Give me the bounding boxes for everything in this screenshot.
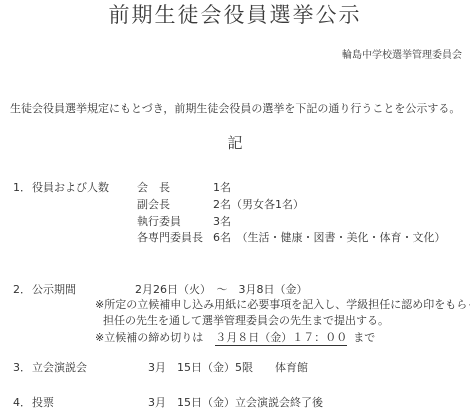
officer-count: 1名 [213, 181, 231, 194]
officer-count: 2名（男女各1名） [213, 198, 304, 211]
section-officers-label: 役員および人数 [32, 181, 109, 194]
section-vote-label: 投票 [32, 396, 54, 409]
officer-position: 副会長 [137, 198, 170, 211]
committee-signature: 輪島中学校選挙管理委員会 [342, 50, 462, 62]
deadline-prefix: ※立候補の締め切りは [95, 331, 203, 344]
record-marker: 記 [0, 135, 470, 152]
officer-position: 執行委員 [137, 215, 181, 228]
section-speech-label: 立会演説会 [32, 361, 87, 374]
period-dates: 2月26日（火） ～ 3月8日（金） [135, 283, 308, 296]
period-note-line2: 担任の先生を通して選挙管理委員会の先生まで提出する。 [103, 314, 389, 327]
officer-position: 会 長 [137, 181, 170, 194]
section-speech-heading: 3．立会演説会 [13, 361, 87, 374]
officer-count: 3名 [213, 215, 231, 228]
section-vote-number: 4． [13, 396, 31, 409]
deadline-suffix: まで [353, 331, 375, 344]
section-speech-number: 3． [13, 361, 31, 374]
section-period-label: 公示期間 [32, 283, 76, 296]
section-officers-heading: 1．役員および人数 [13, 181, 109, 194]
officer-position: 各専門委員長 [137, 231, 203, 244]
vote-details: 3月 15日（金）立会演説会終了後 [148, 396, 323, 409]
speech-details: 3月 15日（金）5限 体育館 [148, 361, 308, 374]
period-note-line1: ※所定の立候補申し込み用紙に必要事項を記入し、学級担任に認め印をもらって [95, 298, 470, 311]
section-vote-heading: 4．投票 [13, 396, 54, 409]
page-title: 前期生徒会役員選挙公示 [0, 3, 470, 28]
section-period-heading: 2．公示期間 [13, 283, 76, 296]
intro-sentence: 生徒会役員選挙規定にもとづき，前期生徒会役員の選挙を下記の通り行うことを公示する… [10, 100, 460, 116]
section-officers-number: 1． [13, 181, 31, 194]
officer-count: 6名 （生活・健康・図書・美化・体育・文化） [213, 231, 446, 244]
deadline-line: ※立候補の締め切りは３月８日（金）１７：００まで [95, 331, 375, 344]
deadline-date: ３月８日（金）１７：００ [215, 331, 347, 346]
section-period-number: 2． [13, 283, 31, 296]
